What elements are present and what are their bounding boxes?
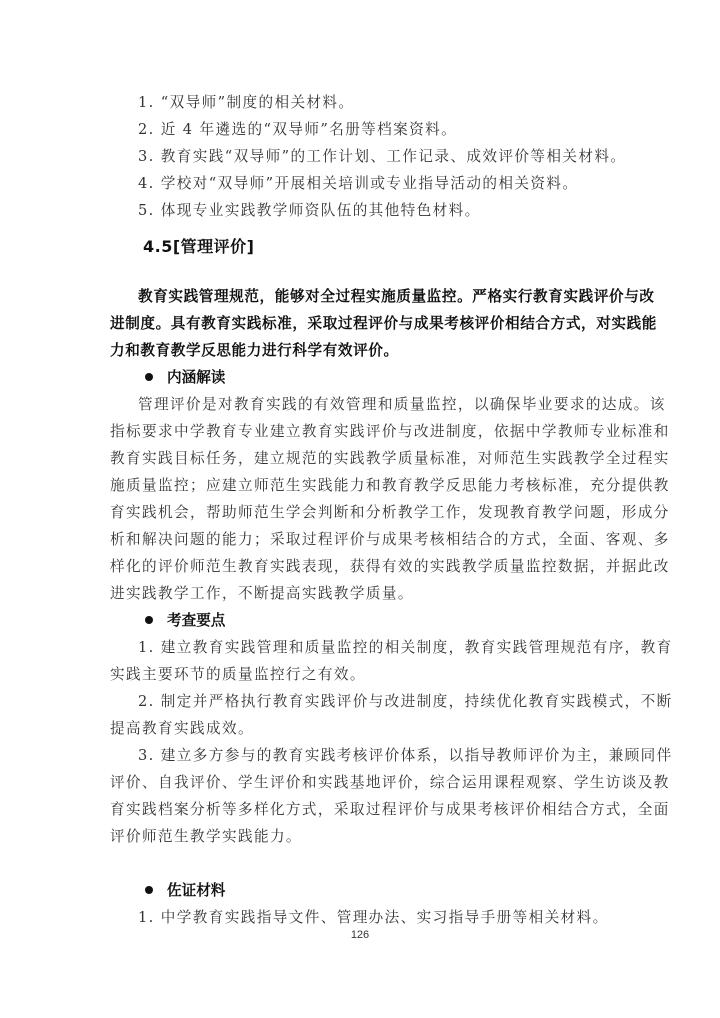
standard-text-line: 力和教育教学反思能力进行科学有效评价。 <box>110 337 612 364</box>
evidence-heading: 佐证材料 <box>145 877 225 904</box>
standard-text-line: 进制度。具有教育实践标准，采取过程评价与成果考核评价相结合方式，对实践能 <box>110 310 612 337</box>
paragraph-line: 管理评价是对教育实践的有效管理和质量监控，以确保毕业要求的达成。该 <box>138 391 612 418</box>
key-points-title: 考查要点 <box>167 612 225 629</box>
bullet-icon <box>145 886 153 894</box>
key-point-line: 1. 建立教育实践管理和质量监控的相关制度，教育实践管理规范有序，教育 <box>138 634 612 661</box>
paragraph-line: 样化的评价师范生教育实践表现，获得有效的实践教学质量监控数据，并据此改 <box>110 553 612 580</box>
key-point-line: 育实践档案分析等多样化方式，采取过程评价与成果考核评价相结合方式，全面 <box>110 796 612 823</box>
evidence-item: 1. 中学教育实践指导文件、管理办法、实习指导手册等相关材料。 <box>138 904 612 931</box>
paragraph-line: 进实践教学工作，不断提高实践教学质量。 <box>110 580 612 607</box>
section-heading: 4.5[管理评价] <box>143 233 254 261</box>
interpretation-title: 内涵解读 <box>167 369 225 386</box>
standard-text-line: 教育实践管理规范，能够对全过程实施质量监控。严格实行教育实践评价与改 <box>138 283 612 310</box>
bullet-icon <box>145 616 153 624</box>
bullet-icon <box>145 373 153 381</box>
key-point-line: 评价师范生教学实践能力。 <box>110 823 612 850</box>
key-points-heading: 考查要点 <box>145 607 225 634</box>
list-item: 5. 体现专业实践教学师资队伍的其他特色材料。 <box>138 197 612 224</box>
key-point-line: 实践主要环节的质量监控行之有效。 <box>110 661 612 688</box>
paragraph-line: 析和解决问题的能力；采取过程评价与成果考核相结合的方式，全面、客观、多 <box>110 526 612 553</box>
paragraph-line: 教育实践目标任务，建立规范的实践教学质量标准，对师范生实践教学全过程实 <box>110 445 612 472</box>
key-point-line: 评价、自我评价、学生评价和实践基地评价，综合运用课程观察、学生访谈及教 <box>110 769 612 796</box>
interpretation-heading: 内涵解读 <box>145 364 225 391</box>
document-page: 1. “双导师”制度的相关材料。 2. 近 4 年遴选的“双导师”名册等档案资料… <box>0 0 720 1018</box>
paragraph-line: 指标要求中学教育专业建立教育实践评价与改进制度，依据中学教师专业标准和 <box>110 418 612 445</box>
page-number: 126 <box>0 929 720 941</box>
paragraph-line: 育实践机会，帮助师范生学会判断和分析教学工作，发现教育教学问题，形成分 <box>110 499 612 526</box>
list-item: 1. “双导师”制度的相关材料。 <box>138 89 612 116</box>
paragraph-line: 施质量监控；应建立师范生实践能力和教育教学反思能力考核标准，充分提供教 <box>110 472 612 499</box>
list-item: 4. 学校对“双导师”开展相关培训或专业指导活动的相关资料。 <box>138 170 612 197</box>
key-point-line: 提高教育实践成效。 <box>110 715 612 742</box>
evidence-title: 佐证材料 <box>167 882 225 899</box>
list-item: 2. 近 4 年遴选的“双导师”名册等档案资料。 <box>138 116 612 143</box>
list-item: 3. 教育实践“双导师”的工作计划、工作记录、成效评价等相关材料。 <box>138 143 612 170</box>
key-point-line: 2. 制定并严格执行教育实践评价与改进制度，持续优化教育实践模式，不断 <box>138 688 612 715</box>
key-point-line: 3. 建立多方参与的教育实践考核评价体系，以指导教师评价为主，兼顾同伴 <box>138 742 612 769</box>
